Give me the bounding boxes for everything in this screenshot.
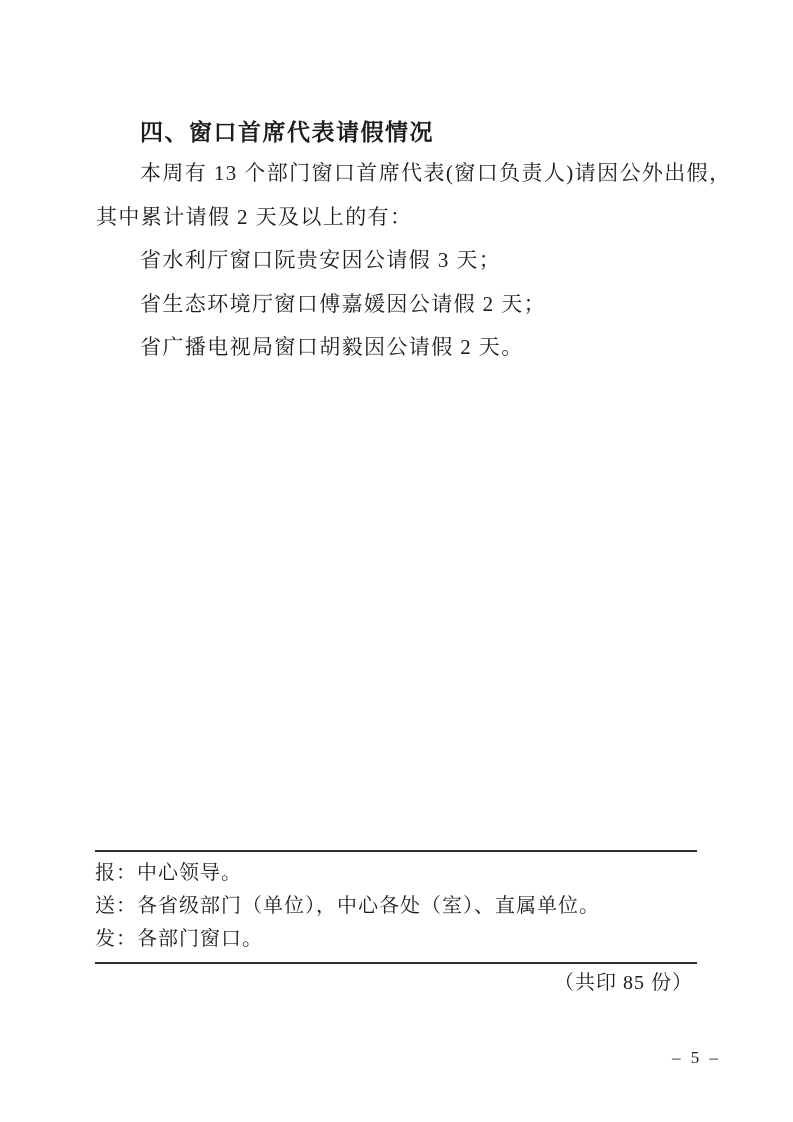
body-text-block: 本周有 13 个部门窗口首席代表(窗口负责人)请因公外出假， 其中累计请假 2 … xyxy=(96,152,700,370)
print-count: （共印 85 份） xyxy=(95,966,697,995)
distribution-send-line: 送：各省级部门（单位），中心各处（室）、直属单位。 xyxy=(95,890,697,923)
page-number: – 5 – xyxy=(672,1048,721,1068)
leave-item-3: 省广播电视局窗口胡毅因公请假 2 天。 xyxy=(96,326,700,370)
distribution-report-line: 报：中心领导。 xyxy=(95,857,697,890)
leave-item-1: 省水利厅窗口阮贵安因公请假 3 天； xyxy=(96,239,700,283)
paragraph-line-2: 其中累计请假 2 天及以上的有： xyxy=(96,196,700,240)
distribution-block: 报：中心领导。 送：各省级部门（单位），中心各处（室）、直属单位。 发：各部门窗… xyxy=(95,850,697,964)
distribution-issue-line: 发：各部门窗口。 xyxy=(95,923,697,956)
leave-item-2: 省生态环境厅窗口傅嘉媛因公请假 2 天； xyxy=(96,283,700,327)
section-heading: 四、窗口首席代表请假情况 xyxy=(140,114,434,147)
paragraph-line-1: 本周有 13 个部门窗口首席代表(窗口负责人)请因公外出假， xyxy=(96,152,700,196)
document-page: 四、窗口首席代表请假情况 本周有 13 个部门窗口首席代表(窗口负责人)请因公外… xyxy=(0,0,793,1122)
